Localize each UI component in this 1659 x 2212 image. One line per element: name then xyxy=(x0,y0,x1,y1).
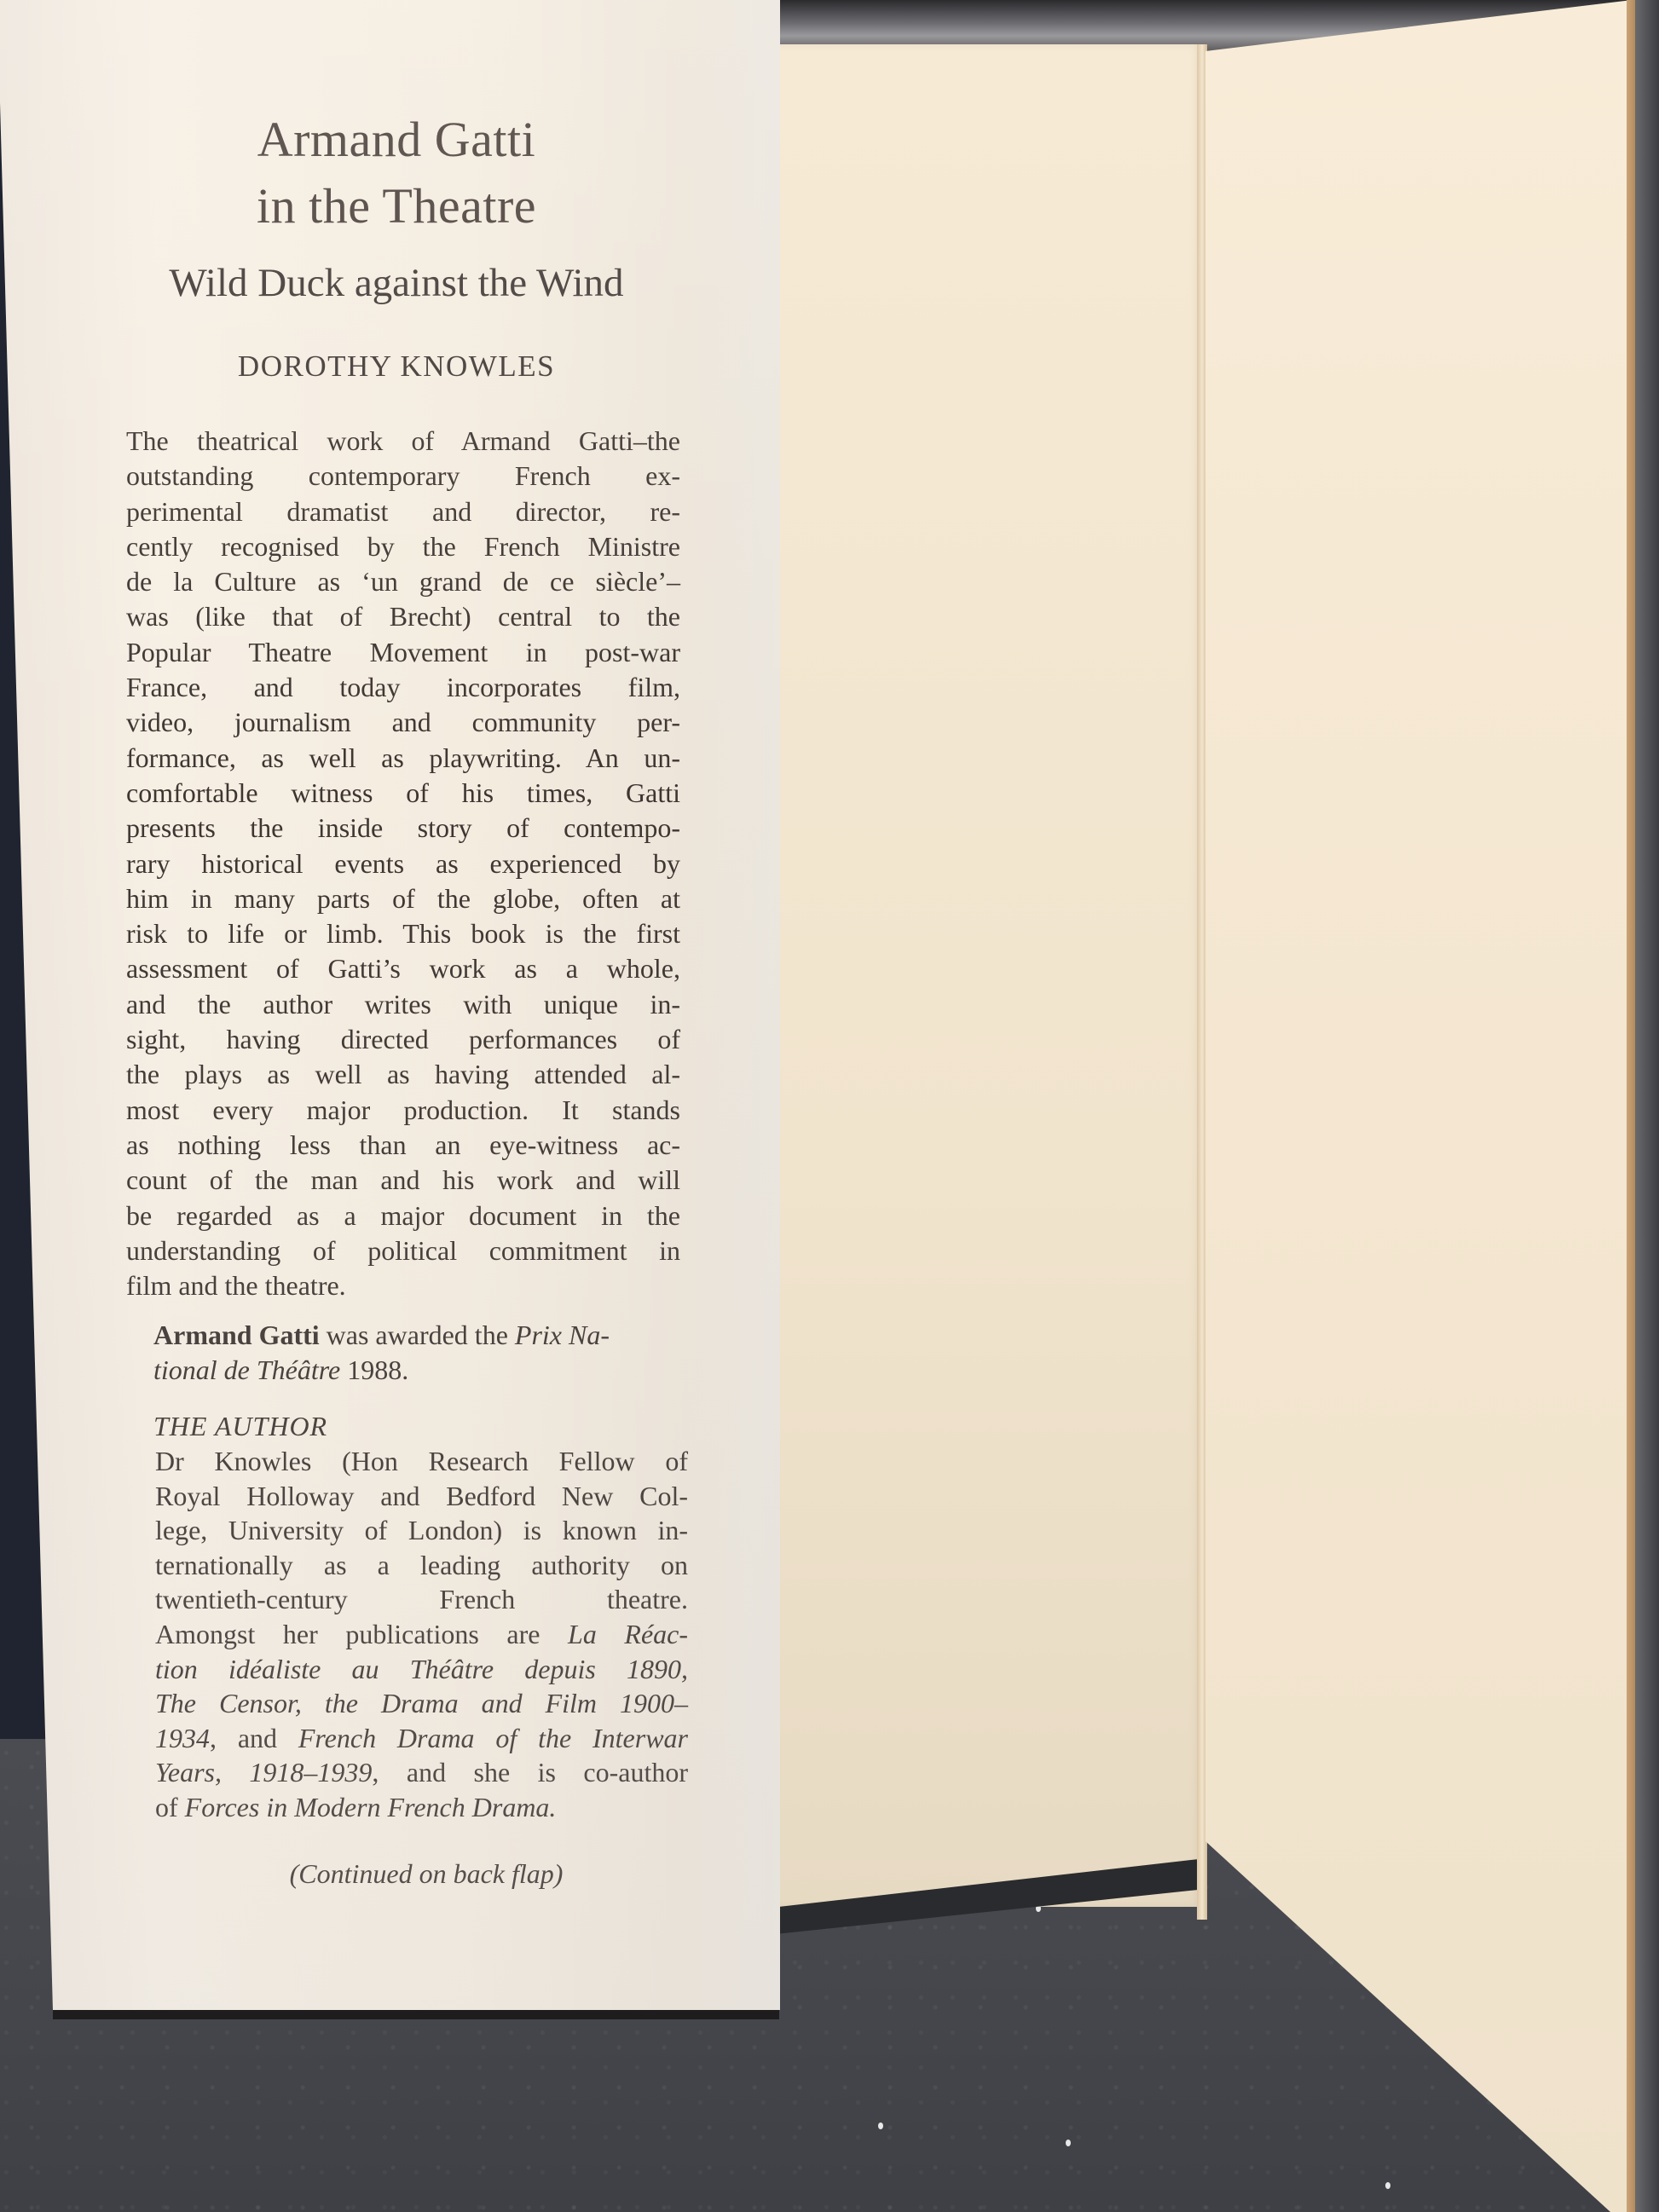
text-line: perimental dramatist and director, re- xyxy=(126,494,680,529)
author-section-heading: THE AUTHOR xyxy=(153,1411,327,1442)
award-line-1: Armand Gatti was awarded the Prix Na- xyxy=(153,1318,686,1353)
text-line: ternationally as a leading authority on xyxy=(155,1548,688,1583)
text-line: as nothing less than an eye-witness ac- xyxy=(126,1128,680,1163)
book-subtitle: Wild Duck against the Wind xyxy=(0,260,793,306)
text-line: Dr Knowles (Hon Research Fellow of xyxy=(155,1444,688,1479)
text-line: lege, University of London) is known in- xyxy=(155,1513,688,1548)
award-year: 1988. xyxy=(340,1354,408,1385)
award-line-2: tional de Théâtre 1988. xyxy=(153,1353,686,1388)
publication-title: 1934 xyxy=(155,1723,210,1753)
award-recipient: Armand Gatti xyxy=(153,1320,320,1350)
text-line: Royal Holloway and Bedford New Col- xyxy=(155,1479,688,1514)
text-line: sight, having directed performances of xyxy=(126,1022,680,1057)
text-line: Popular Theatre Movement in post-war xyxy=(126,635,680,670)
pub-conj: , and xyxy=(210,1723,298,1753)
text-line: was (like that of Brecht) central to the xyxy=(126,599,680,634)
pub-coauthor: , and she is co-author xyxy=(372,1757,688,1788)
publication-title: French Drama of the Interwar xyxy=(298,1723,688,1753)
book-title-line-2: in the Theatre xyxy=(0,173,793,240)
text-line: twentieth-century French theatre. xyxy=(155,1582,688,1617)
endpaper-left xyxy=(750,44,1202,1907)
dust-speck xyxy=(878,2122,883,2129)
pub-intro: Amongst her publications are xyxy=(155,1619,568,1649)
text-line: assessment of Gatti’s work as a whole, xyxy=(126,951,680,986)
bio-line: 1934, and French Drama of the Interwar xyxy=(155,1721,688,1756)
text-line: understanding of political commitment in xyxy=(126,1233,680,1268)
text-line: count of the man and his work and will xyxy=(126,1163,680,1198)
endpaper-right xyxy=(1205,0,1632,2212)
award-prize: Prix Na- xyxy=(515,1320,610,1350)
text-line: comfortable witness of his times, Gatti xyxy=(126,776,680,811)
text-line: him in many parts of the globe, often at xyxy=(126,881,680,916)
dust-jacket-front-flap: Armand Gatti in the Theatre Wild Duck ag… xyxy=(0,0,780,2010)
pub-of: of xyxy=(155,1792,185,1822)
cover-edge xyxy=(1635,0,1659,2212)
text-line: the plays as well as having attended al- xyxy=(126,1057,680,1092)
bio-line: The Censor, the Drama and Film 1900– xyxy=(155,1686,688,1721)
text-line: cently recognised by the French Ministre xyxy=(126,529,680,564)
text-line: film and the theatre. xyxy=(126,1268,680,1303)
award-prize-cont: tional de Théâtre xyxy=(153,1354,340,1385)
publication-title: Years, 1918–1939 xyxy=(155,1757,372,1788)
continued-on-back-flap: (Continued on back flap) xyxy=(0,1858,853,1890)
bio-line: Years, 1918–1939, and she is co-author xyxy=(155,1755,688,1790)
award-paragraph: Armand Gatti was awarded the Prix Na- ti… xyxy=(153,1318,686,1388)
blurb-paragraph: The theatrical work of Armand Gatti–theo… xyxy=(126,424,680,1303)
text-line: The theatrical work of Armand Gatti–the xyxy=(126,424,680,459)
text-line: rary historical events as experienced by xyxy=(126,846,680,881)
text-line: video, journalism and community per- xyxy=(126,705,680,740)
text-line: be regarded as a major document in the xyxy=(126,1198,680,1233)
text-line: outstanding contemporary French ex- xyxy=(126,459,680,494)
award-text: was awarded the xyxy=(320,1320,515,1350)
text-line: risk to life or limb. This book is the f… xyxy=(126,916,680,951)
bio-lines: Dr Knowles (Hon Research Fellow ofRoyal … xyxy=(155,1444,688,1617)
text-line: France, and today incorporates film, xyxy=(126,670,680,705)
publication-title: La Réac- xyxy=(568,1619,688,1649)
bio-line: of Forces in Modern French Drama. xyxy=(155,1790,688,1825)
book-title-line-1: Armand Gatti xyxy=(0,107,793,173)
dust-speck xyxy=(1385,2182,1390,2189)
text-line: presents the inside story of contempo- xyxy=(126,811,680,846)
text-line: de la Culture as ‘un grand de ce siècle’… xyxy=(126,564,680,599)
publication-title: Forces in Modern French Drama. xyxy=(185,1792,557,1822)
bio-line: Amongst her publications are La Réac- xyxy=(155,1617,688,1652)
author-bio: Dr Knowles (Hon Research Fellow ofRoyal … xyxy=(155,1444,688,1825)
text-line: most every major production. It stands xyxy=(126,1093,680,1128)
publication-title: tion idéaliste au Théâtre depuis 1890, xyxy=(155,1654,688,1684)
dust-speck xyxy=(1066,2140,1071,2146)
page-edge xyxy=(1627,0,1635,2212)
publication-title: The Censor, the Drama and Film 1900– xyxy=(155,1688,688,1718)
author-name: DOROTHY KNOWLES xyxy=(0,349,793,384)
text-line: and the author writes with unique in- xyxy=(126,987,680,1022)
text-line: formance, as well as playwriting. An un- xyxy=(126,741,680,776)
bio-line: tion idéaliste au Théâtre depuis 1890, xyxy=(155,1652,688,1687)
